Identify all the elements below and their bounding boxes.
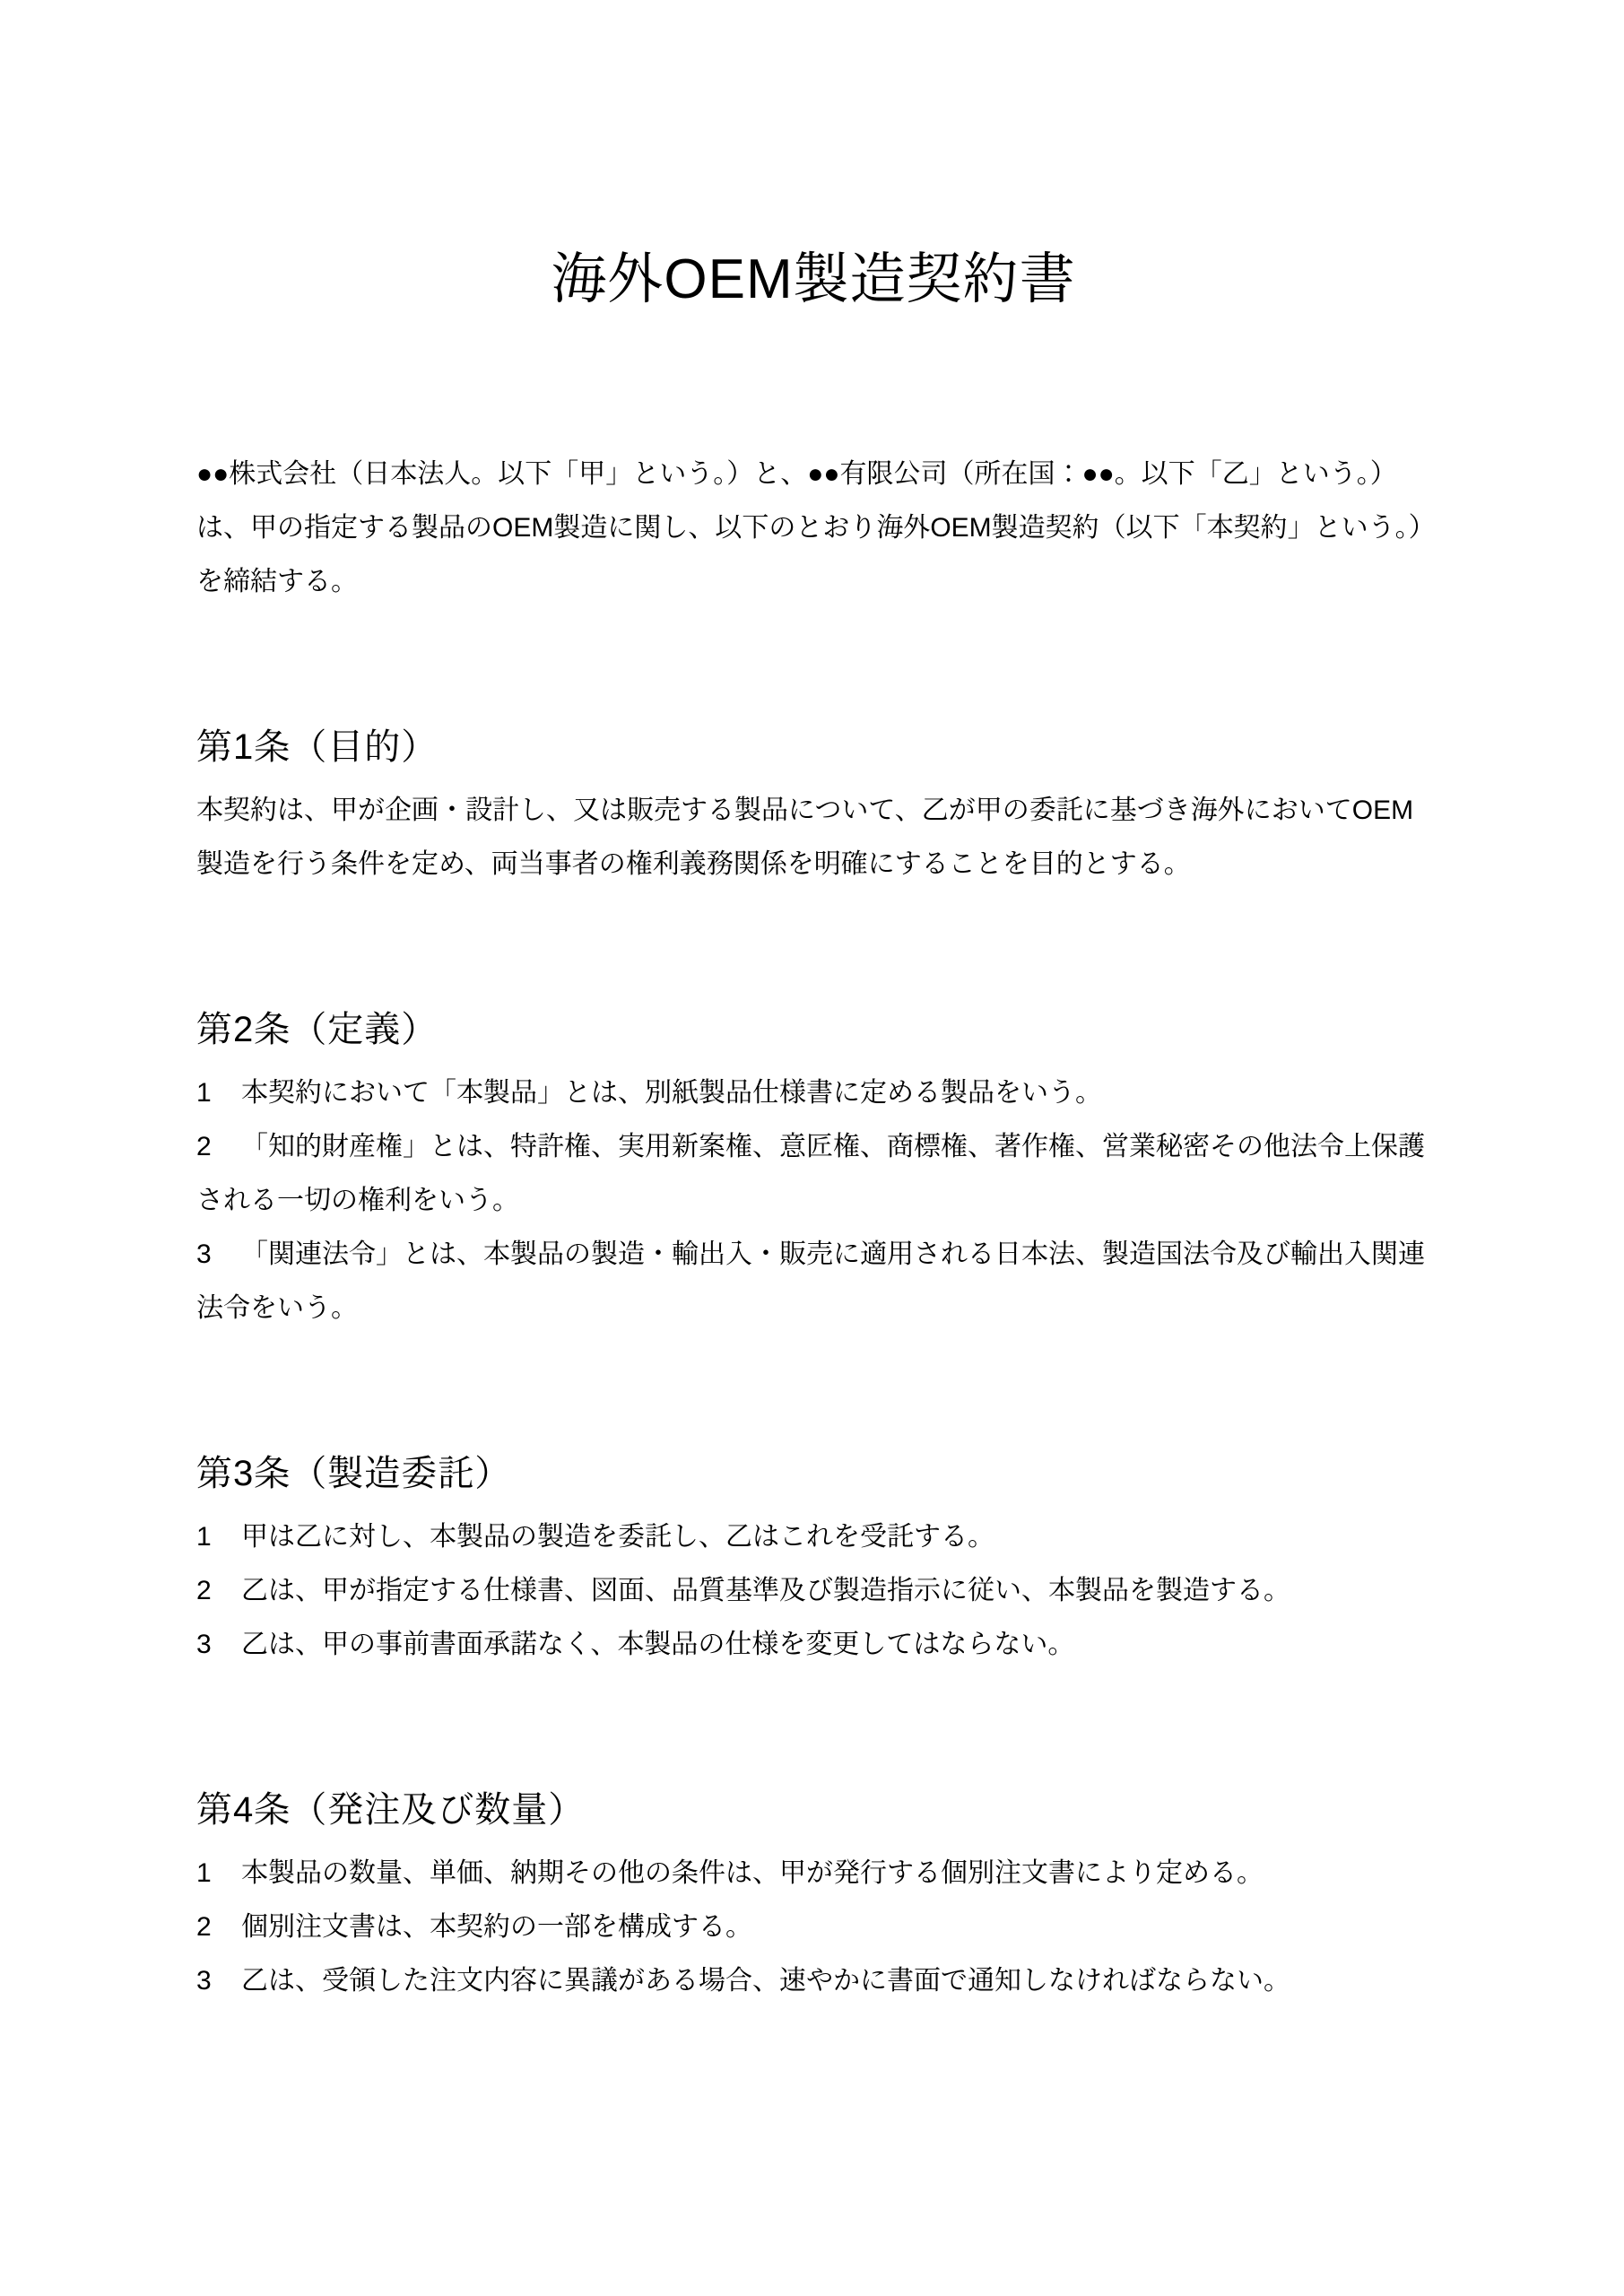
list-item: 2乙は、甲が指定する仕様書、図面、品質基準及び製造指示に従い、本製品を製造する。 — [196, 1564, 1430, 1618]
item-text: 「関連法令」とは、本製品の製造・輸出入・販売に適用される日本法、製造国法令及び輸… — [196, 1239, 1425, 1323]
item-number: 3 — [196, 1618, 241, 1672]
item-text: 甲は乙に対し、本製品の製造を委託し、乙はこれを受託する。 — [241, 1522, 994, 1552]
item-number: 2 — [196, 1900, 241, 1954]
item-number: 1 — [196, 1847, 241, 1900]
article-3-heading: 第3条（製造委託） — [196, 1447, 1430, 1500]
list-item: 3乙は、甲の事前書面承諾なく、本製品の仕様を変更してはならない。 — [196, 1618, 1430, 1672]
list-item: 1本製品の数量、単価、納期その他の条件は、甲が発行する個別注文書により定める。 — [196, 1847, 1430, 1900]
item-number: 1 — [196, 1510, 241, 1564]
list-item: 2「知的財産権」とは、特許権、実用新案権、意匠権、商標権、著作権、営業秘密その他… — [196, 1120, 1430, 1228]
item-text: 本契約において「本製品」とは、別紙製品仕様書に定める製品をいう。 — [241, 1078, 1102, 1108]
item-number: 2 — [196, 1564, 241, 1618]
list-item: 1甲は乙に対し、本製品の製造を委託し、乙はこれを受託する。 — [196, 1510, 1430, 1564]
article-1-body: 本契約は、甲が企画・設計し、又は販売する製品について、乙が甲の委託に基づき海外に… — [196, 784, 1430, 891]
item-number: 3 — [196, 1954, 241, 2008]
list-item: 3乙は、受領した注文内容に異議がある場合、速やかに書面で通知しなければならない。 — [196, 1954, 1430, 2008]
section-article-4: 第4条（発注及び数量） 1本製品の数量、単価、納期その他の条件は、甲が発行する個… — [196, 1783, 1430, 2008]
page-title: 海外OEM製造契約書 — [196, 244, 1430, 316]
intro-paragraph: ●●株式会社（日本法人。以下「甲」という。）と、●●有限公司（所在国：●●。以下… — [196, 448, 1430, 609]
item-text: 乙は、受領した注文内容に異議がある場合、速やかに書面で通知しなければならない。 — [241, 1966, 1290, 1996]
section-article-2: 第2条（定義） 1本契約において「本製品」とは、別紙製品仕様書に定める製品をいう… — [196, 1003, 1430, 1335]
item-text: 乙は、甲が指定する仕様書、図面、品質基準及び製造指示に従い、本製品を製造する。 — [241, 1576, 1290, 1605]
item-text: 個別注文書は、本契約の一部を構成する。 — [241, 1912, 752, 1942]
list-item: 1本契約において「本製品」とは、別紙製品仕様書に定める製品をいう。 — [196, 1066, 1430, 1120]
item-text: 「知的財産権」とは、特許権、実用新案権、意匠権、商標権、著作権、営業秘密その他法… — [196, 1132, 1425, 1215]
list-item: 2個別注文書は、本契約の一部を構成する。 — [196, 1900, 1430, 1954]
article-4-heading: 第4条（発注及び数量） — [196, 1783, 1430, 1837]
document-content: 海外OEM製造契約書 ●●株式会社（日本法人。以下「甲」という。）と、●●有限公… — [0, 244, 1624, 2008]
article-2-heading: 第2条（定義） — [196, 1003, 1430, 1057]
list-item: 3「関連法令」とは、本製品の製造・輸出入・販売に適用される日本法、製造国法令及び… — [196, 1228, 1430, 1335]
item-text: 乙は、甲の事前書面承諾なく、本製品の仕様を変更してはならない。 — [241, 1630, 1074, 1659]
item-number: 3 — [196, 1228, 241, 1282]
item-number: 1 — [196, 1066, 241, 1120]
item-number: 2 — [196, 1120, 241, 1174]
item-text: 本製品の数量、単価、納期その他の条件は、甲が発行する個別注文書により定める。 — [241, 1858, 1264, 1888]
section-article-1: 第1条（目的） 本契約は、甲が企画・設計し、又は販売する製品について、乙が甲の委… — [196, 720, 1430, 891]
section-article-3: 第3条（製造委託） 1甲は乙に対し、本製品の製造を委託し、乙はこれを受託する。 … — [196, 1447, 1430, 1672]
article-1-heading: 第1条（目的） — [196, 720, 1430, 774]
contract-document-page: 海外OEM製造契約書 ●●株式会社（日本法人。以下「甲」という。）と、●●有限公… — [0, 0, 1624, 2296]
